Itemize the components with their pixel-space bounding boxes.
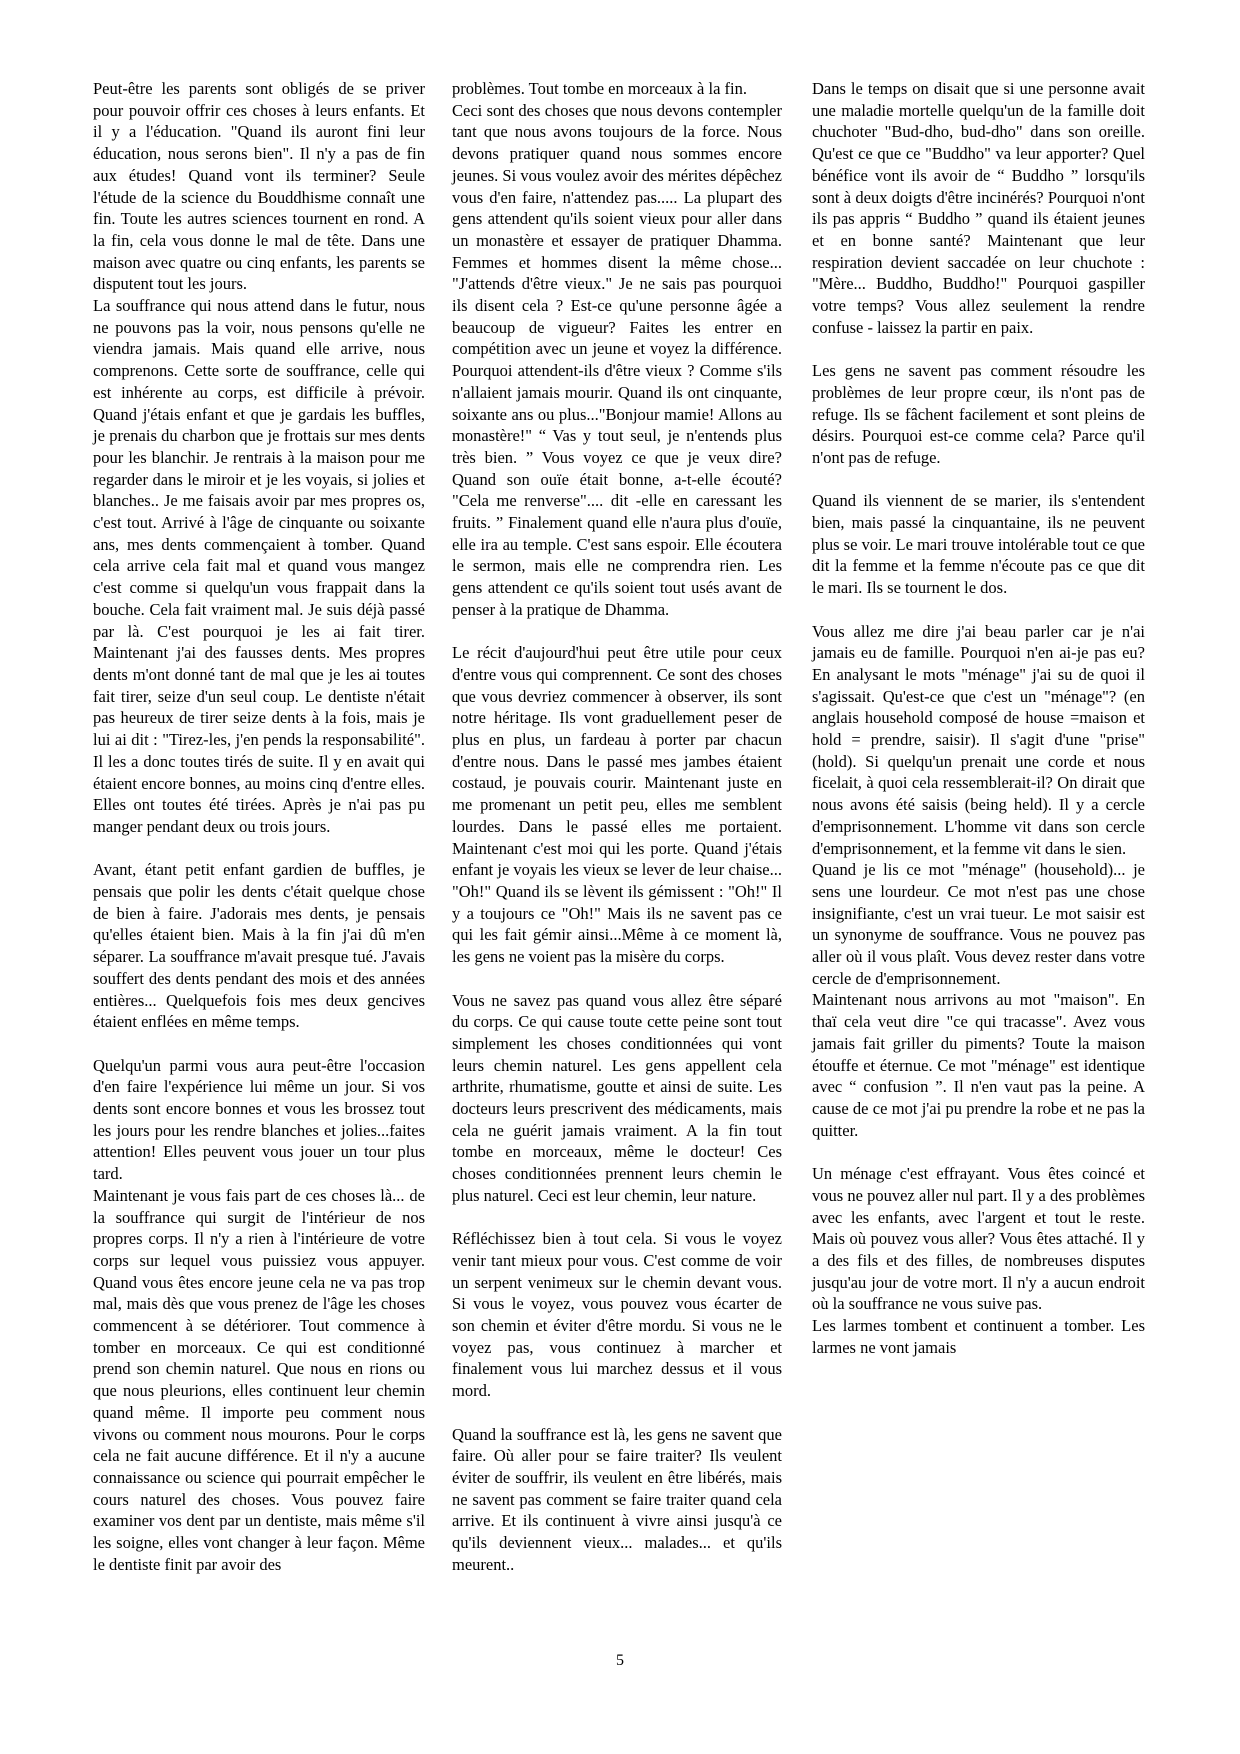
paragraph: Maintenant je vous fais part de ces chos… <box>93 1185 425 1576</box>
paragraph: Dans le temps on disait que si une perso… <box>812 78 1145 338</box>
paragraph: Vous allez me dire j'ai beau parler car … <box>812 621 1145 860</box>
text-column-1: Peut-être les parents sont obligés de se… <box>93 78 425 1575</box>
paragraph: problèmes. Tout tombe en morceaux à la f… <box>452 78 782 100</box>
document-page: { "page": { "number": "5", "columns": [ … <box>0 0 1240 1754</box>
paragraph: Les gens ne savent pas comment résoudre … <box>812 360 1145 469</box>
text-column-2: problèmes. Tout tombe en morceaux à la f… <box>452 78 782 1575</box>
paragraph: Peut-être les parents sont obligés de se… <box>93 78 425 295</box>
paragraph: Ceci sont des choses que nous devons con… <box>452 100 782 621</box>
paragraph: Maintenant nous arrivons au mot "maison"… <box>812 989 1145 1141</box>
page: Peut-être les parents sont obligés de se… <box>0 0 1240 1754</box>
paragraph: Le récit d'aujourd'hui peut être utile p… <box>452 642 782 968</box>
paragraph: La souffrance qui nous attend dans le fu… <box>93 295 425 838</box>
page-number: 5 <box>0 1652 1240 1670</box>
paragraph: Un ménage c'est effrayant. Vous êtes coi… <box>812 1163 1145 1315</box>
paragraph: Les larmes tombent et continuent a tombe… <box>812 1315 1145 1358</box>
paragraph: Quand ils viennent de se marier, ils s'e… <box>812 490 1145 599</box>
text-column-3: Dans le temps on disait que si une perso… <box>812 78 1145 1358</box>
paragraph: Avant, étant petit enfant gardien de buf… <box>93 859 425 1033</box>
paragraph: Quand je lis ce mot "ménage" (household)… <box>812 859 1145 989</box>
paragraph: Quand la souffrance est là, les gens ne … <box>452 1424 782 1576</box>
paragraph: Quelqu'un parmi vous aura peut-être l'oc… <box>93 1055 425 1185</box>
paragraph: Réfléchissez bien à tout cela. Si vous l… <box>452 1228 782 1402</box>
paragraph: Vous ne savez pas quand vous allez être … <box>452 990 782 1207</box>
